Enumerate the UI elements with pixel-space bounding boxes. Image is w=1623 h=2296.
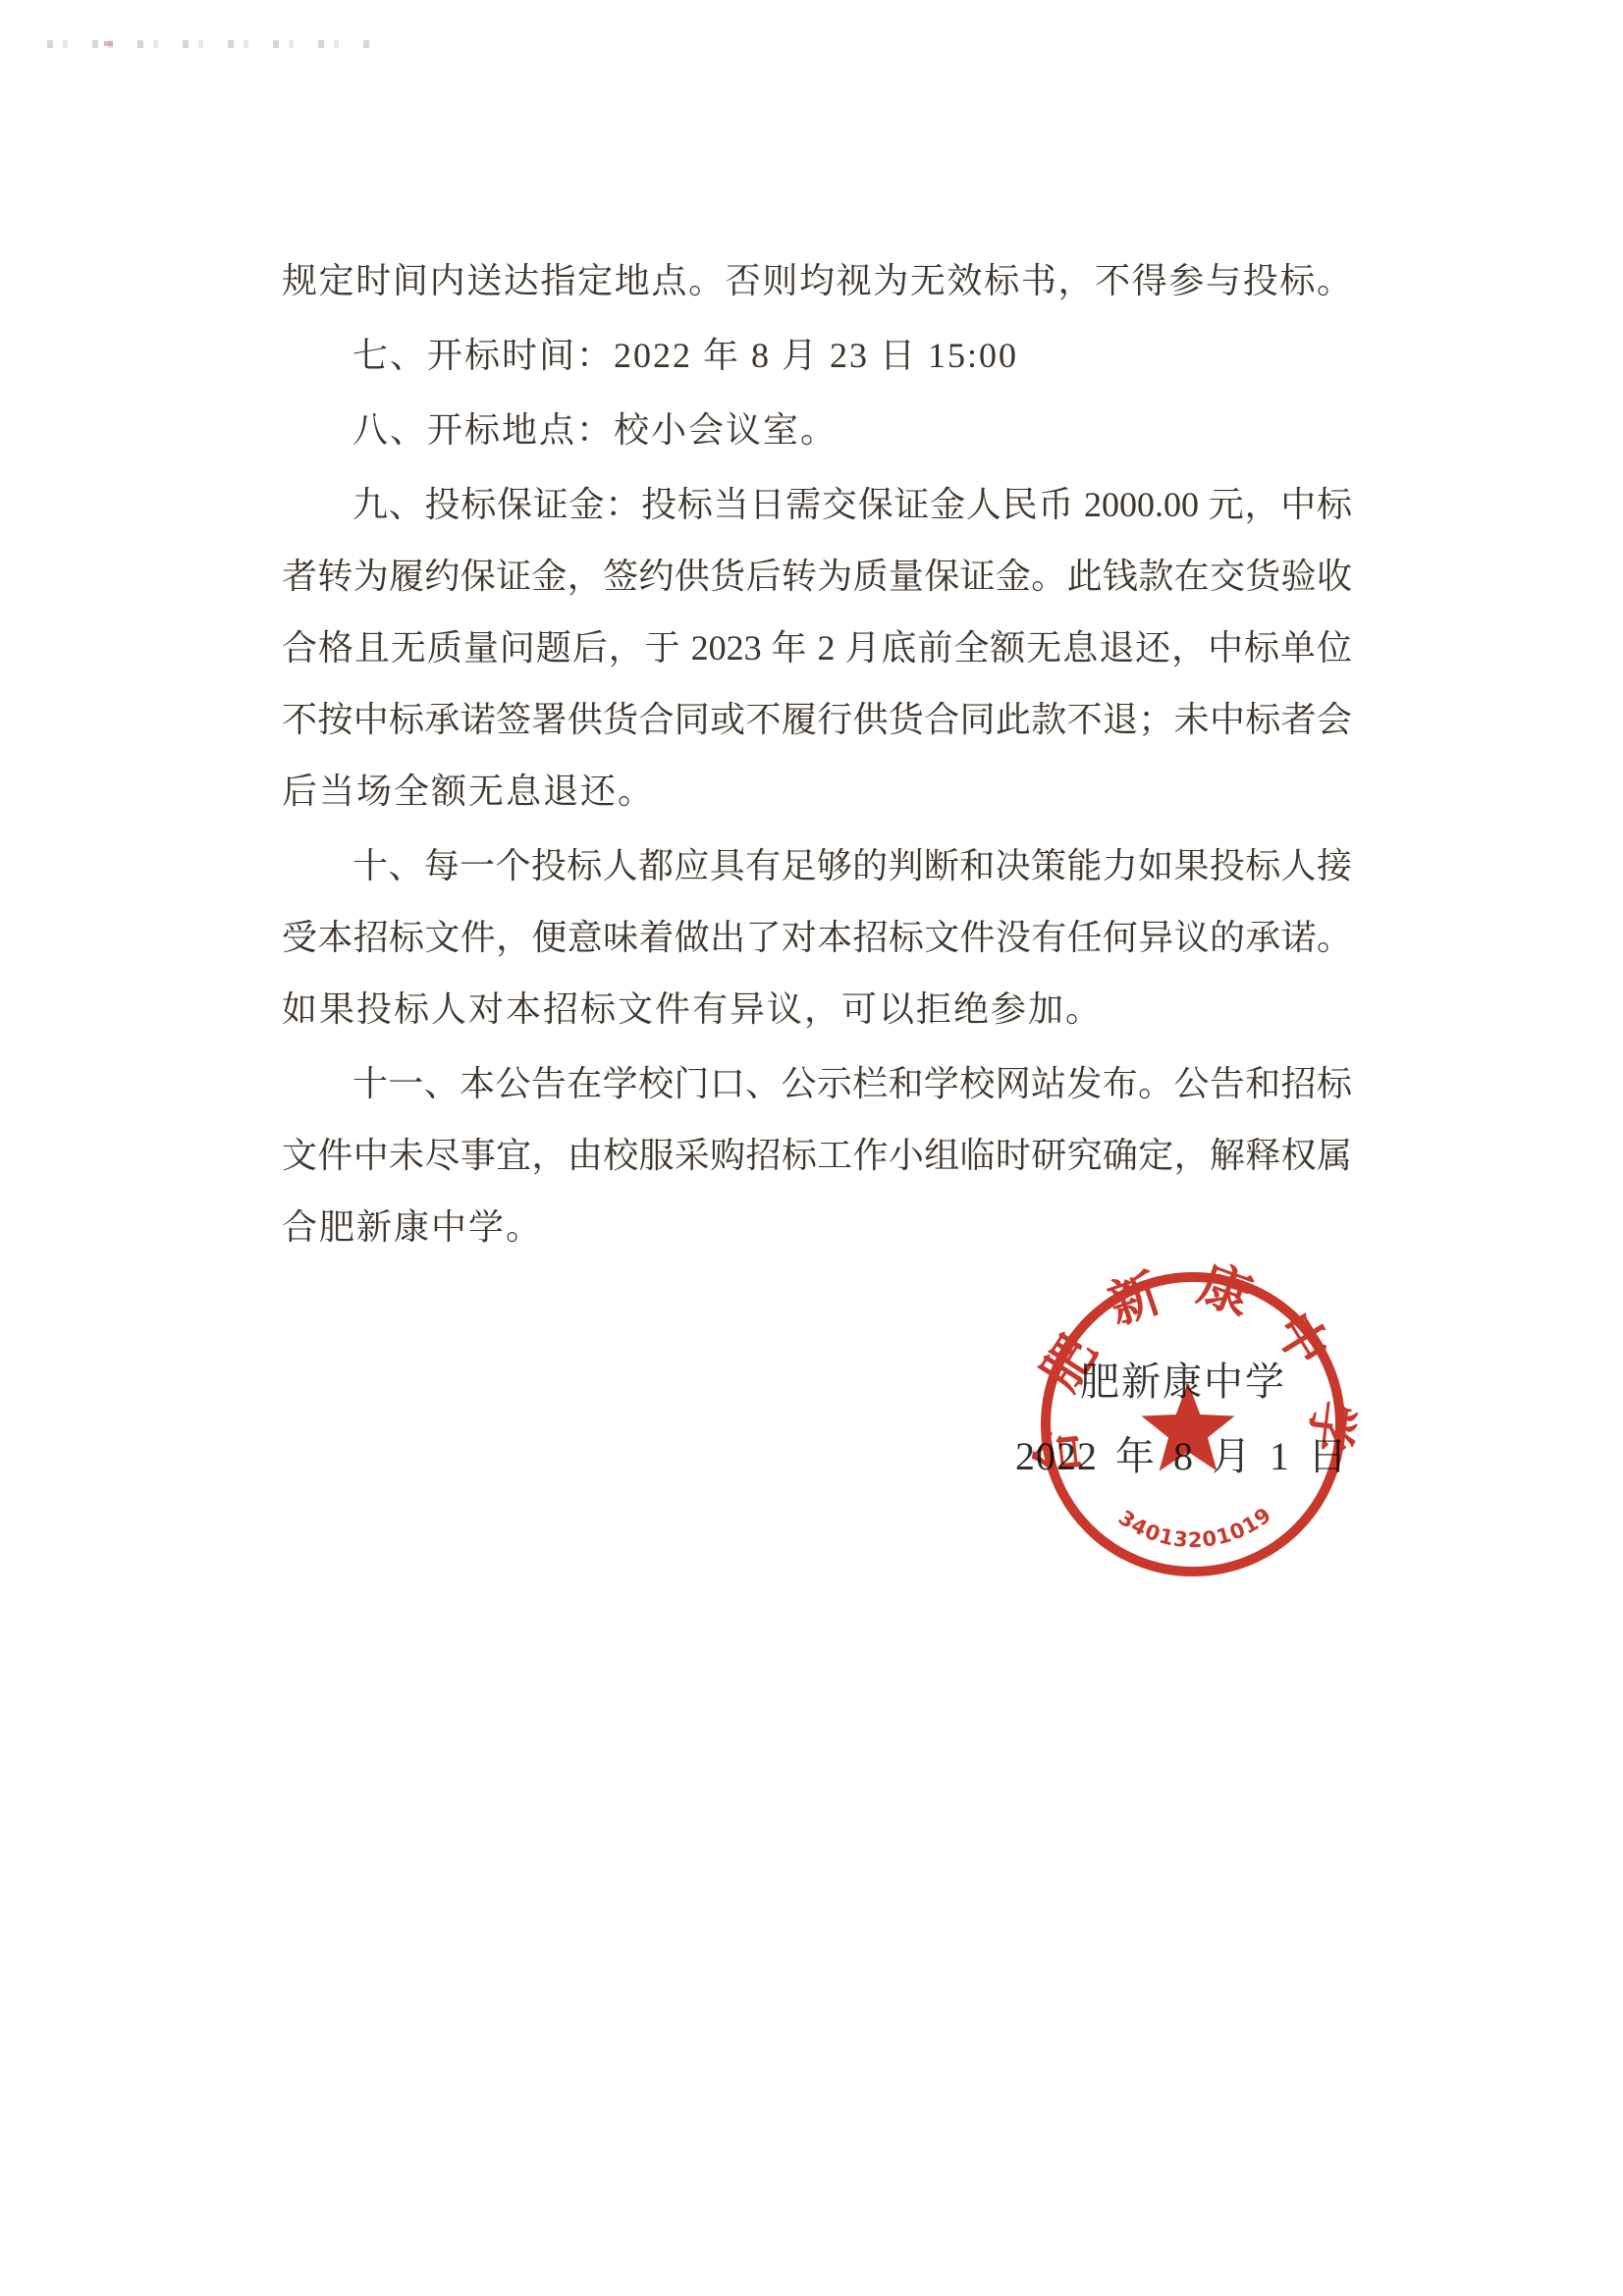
school-stamp-icon: 合肥新康中学 3401320101923 [1026,1257,1360,1591]
text-line: 八、开标地点：校小会议室。 [282,395,1352,466]
text-line: 合肥新康中学。 [282,1192,1352,1263]
document-text: 规定时间内送达指定地点。否则均视为无效标书，不得参与投标。 七、开标时间：202… [282,245,1352,1263]
scanned-document-page: 规定时间内送达指定地点。否则均视为无效标书，不得参与投标。 七、开标时间：202… [0,0,1623,2296]
text-line: 者转为履约保证金，签约供货后转为质量保证金。此钱款在交货验收 [282,541,1352,613]
text-line: 合格且无质量问题后，于 2023 年 2 月底前全额无息退还，中标单位 [282,613,1352,684]
text-line: 规定时间内送达指定地点。否则均视为无效标书，不得参与投标。 [282,245,1352,317]
text-line: 十一、本公告在学校门口、公示栏和学校网站发布。公告和招标 [282,1048,1352,1120]
stamp-star-icon [1141,1382,1234,1471]
text-line: 九、投标保证金：投标当日需交保证金人民币 2000.00 元，中标 [282,469,1352,541]
scan-artifact [47,40,376,48]
text-line: 受本招标文件，便意味着做出了对本招标文件没有任何异议的承诺。 [282,902,1352,974]
text-line: 后当场全额无息退还。 [282,756,1352,828]
text-line: 十、每一个投标人都应具有足够的判断和决策能力如果投标人接 [282,830,1352,902]
text-line: 七、开标时间：2022 年 8 月 23 日 15:00 [282,320,1352,392]
text-line: 不按中标承诺签署供货合同或不履行供货合同此款不退；未中标者会 [282,684,1352,756]
text-line: 文件中未尽事宜，由校服采购招标工作小组临时研究确定，解释权属 [282,1120,1352,1192]
text-line: 如果投标人对本招标文件有异议，可以拒绝参加。 [282,974,1352,1045]
